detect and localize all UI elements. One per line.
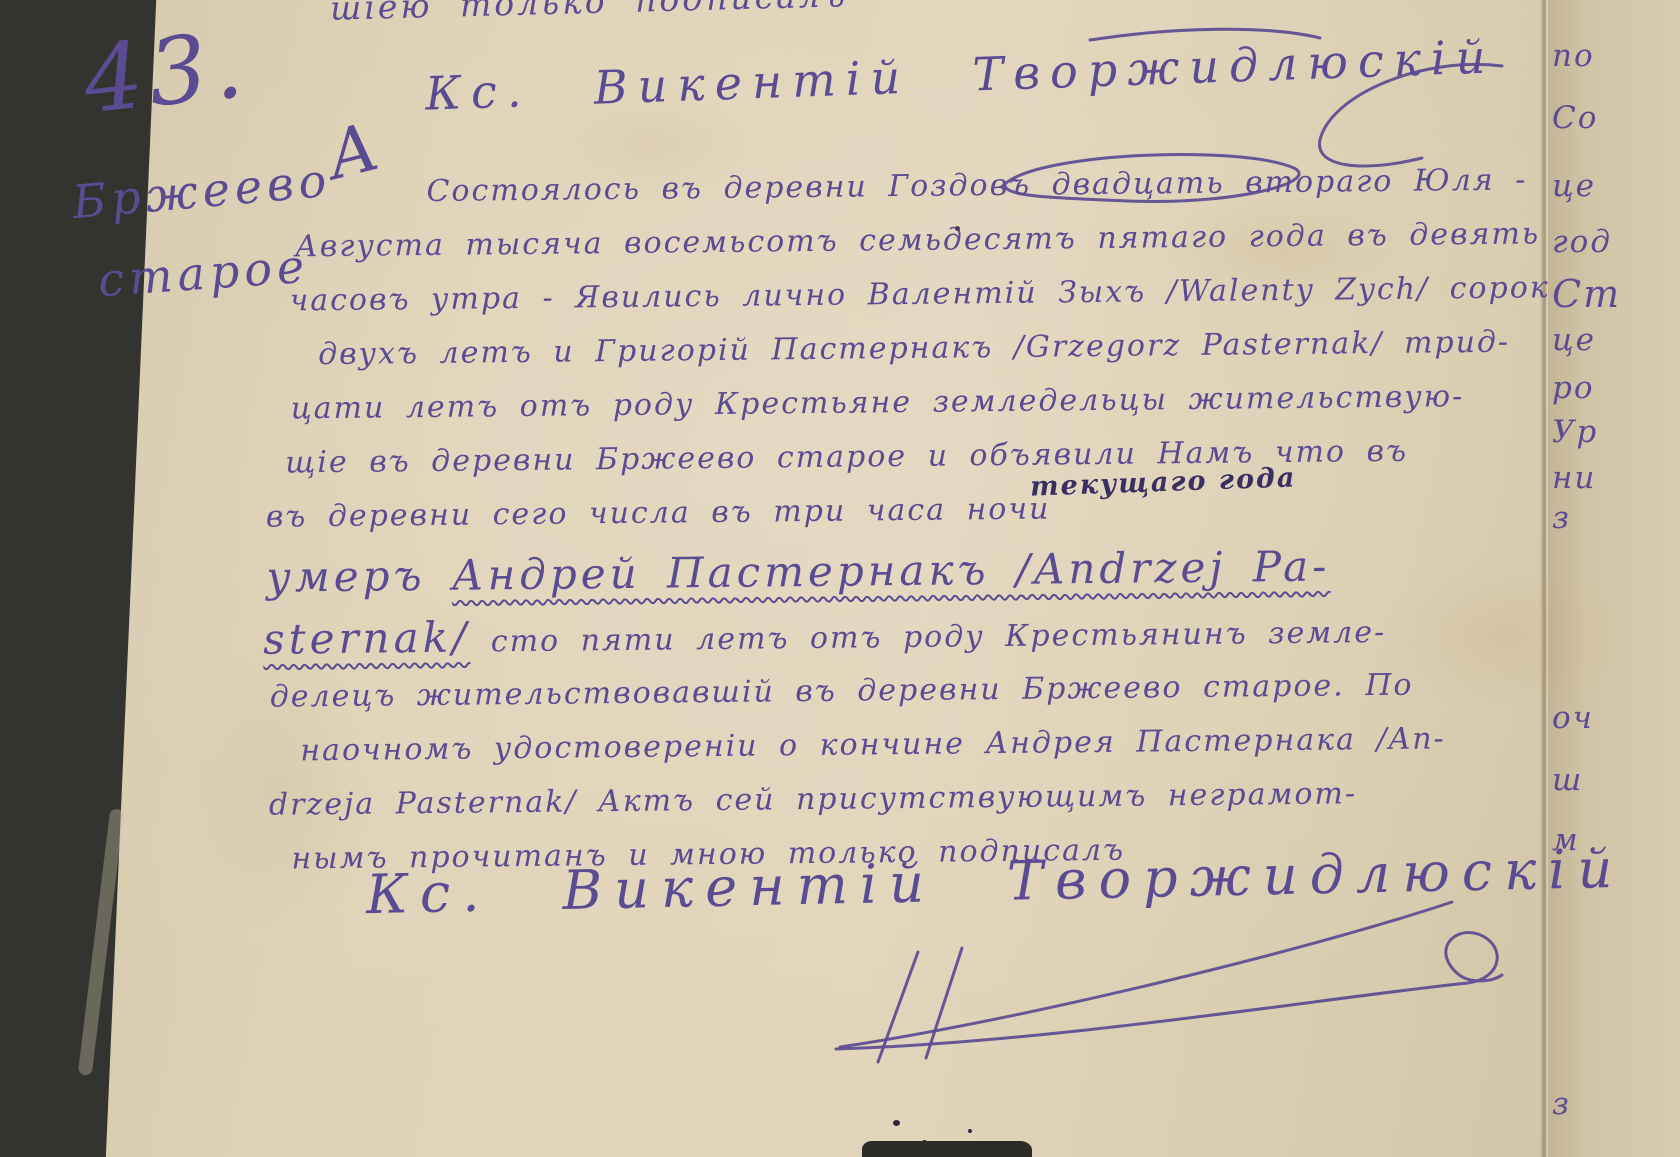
next-page-fragment: це [1552,168,1596,204]
record-number: 43. [79,14,253,132]
next-page-fragment: Ст [1552,272,1621,316]
body-line: сто пяти летъ отъ роду Крестьянинъ земле… [470,615,1386,660]
ink-speck [968,1129,972,1133]
deceased-name-continuation: sternak/ [263,613,471,664]
next-page-fragment: це [1552,322,1596,358]
ink-speck [893,1120,900,1126]
ink-speck [955,226,960,231]
next-page-fragment: ни [1552,460,1596,496]
next-page-fragment: Ур [1552,414,1598,450]
next-page-fragment: ш [1552,762,1583,798]
scanned-document: { "colors": {"ink": "#5b4b93", "ink_dark… [0,0,1680,1157]
death-word: умеръ [266,551,452,602]
page-gap-notch [862,1141,1032,1157]
next-page-fragment: год [1552,224,1612,260]
next-page-fragment: Со [1552,100,1598,136]
next-page-fragment: м [1552,822,1580,858]
next-page-fragment: з [1552,500,1571,536]
deceased-name: Андрей Пастернакъ /Andrzej Pa- [452,542,1331,600]
next-page-fragment: ро [1552,370,1595,406]
next-page-fragment: оч [1552,700,1594,736]
next-page-fragment: з [1552,1086,1571,1122]
record-body: Состоялось въ деревни Гоздовъ двадцать в… [254,153,1554,898]
next-page-fragment: по [1552,38,1595,74]
